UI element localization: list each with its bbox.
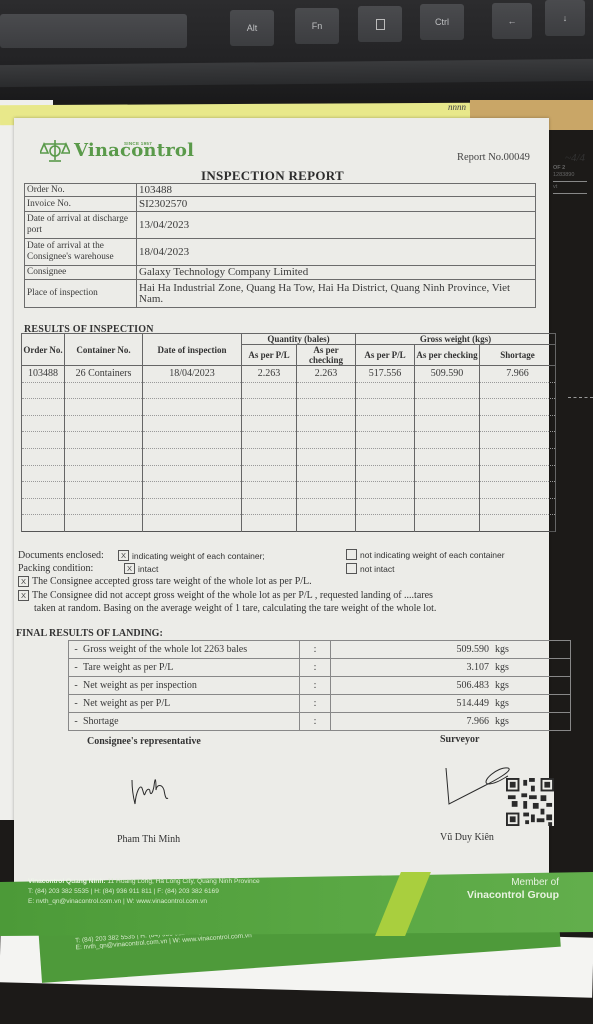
results-cell (65, 498, 143, 515)
col-shortage: Shortage (480, 345, 556, 366)
results-row (22, 415, 556, 432)
results-cell (22, 498, 65, 515)
results-cell (242, 482, 297, 499)
documents-label: Documents enclosed: (18, 550, 118, 561)
results-cell (415, 399, 480, 416)
info-row-arrival-port: Date of arrival at discharge port 13/04/… (25, 212, 536, 239)
results-cell: 2.263 (242, 366, 297, 383)
final-amount: 3.107 (331, 659, 494, 677)
side-note: OF 2 1283890 vt (553, 165, 587, 196)
results-cell (415, 382, 480, 399)
results-cell (22, 399, 65, 416)
col-container-no: Container No. (65, 334, 143, 366)
alt-key: Alt (230, 10, 274, 46)
footer-phones: T: (84) 203 382 5535 | H: (84) 936 911 8… (28, 887, 260, 897)
results-cell (143, 415, 242, 432)
results-cell (65, 515, 143, 532)
final-dash: - (69, 713, 84, 731)
results-cell (297, 399, 356, 416)
final-amount: 509.590 (331, 641, 494, 659)
results-cell: 509.590 (415, 366, 480, 383)
final-amount: 506.483 (331, 677, 494, 695)
footer-office-label: Vinacontrol Quang Ninh: (28, 878, 106, 885)
results-cell (480, 482, 556, 499)
consignee-rep-title: Consignee's representative (87, 736, 201, 747)
results-cell (415, 465, 480, 482)
info-row-place: Place of inspection Hai Ha Industrial Zo… (25, 280, 536, 308)
results-cell (143, 382, 242, 399)
results-cell (356, 382, 415, 399)
arrow-down-key: ↓ (545, 0, 585, 36)
results-cell (242, 432, 297, 449)
results-row (22, 498, 556, 515)
results-cell (480, 515, 556, 532)
results-cell (22, 432, 65, 449)
final-name: Tare weight as per P/L (83, 659, 300, 677)
results-row (22, 382, 556, 399)
results-cell (143, 399, 242, 416)
docs-indicating-checkbox[interactable]: X (118, 550, 129, 561)
results-cell (356, 448, 415, 465)
results-row (22, 432, 556, 449)
handwritten-note: ~4/4 (565, 152, 585, 164)
results-cell: 7.966 (480, 366, 556, 383)
final-dash: - (69, 695, 84, 713)
scales-icon (40, 138, 70, 164)
final-name: Net weight as per inspection (83, 677, 300, 695)
results-cell (242, 448, 297, 465)
results-cell (65, 465, 143, 482)
side-page-count: OF 2 (553, 165, 587, 172)
final-unit: kgs (493, 659, 571, 677)
results-cell (297, 432, 356, 449)
final-dash: - (69, 641, 84, 659)
results-cell (242, 399, 297, 416)
packing-intact-label: intact (138, 564, 158, 574)
results-cell (415, 432, 480, 449)
final-unit: kgs (493, 677, 571, 695)
final-unit: kgs (493, 695, 571, 713)
col-qty-pl: As per P/L (242, 345, 297, 366)
results-cell: 103488 (22, 366, 65, 383)
results-cell (356, 432, 415, 449)
results-cell (480, 382, 556, 399)
results-cell (297, 448, 356, 465)
results-cell (356, 482, 415, 499)
accepted-label: The Consignee accepted gross tare weight… (32, 576, 312, 587)
results-cell (356, 415, 415, 432)
info-row-invoice: Invoice No. SI2302570 (25, 197, 536, 212)
results-table: Order No. Container No. Date of inspecti… (21, 333, 556, 532)
col-qty-check: As per checking (297, 345, 356, 366)
accepted-checkbox[interactable]: X (18, 576, 29, 587)
side-dash (568, 397, 593, 398)
results-row: 10348826 Containers18/04/20232.2632.2635… (22, 366, 556, 383)
results-row (22, 465, 556, 482)
keyboard: Alt Fn Ctrl ← ↓ (0, 0, 593, 100)
info-row-arrival-warehouse: Date of arrival at the Consignee's wareh… (25, 239, 536, 266)
results-cell (242, 382, 297, 399)
report-number: Report No.00049 (457, 152, 530, 163)
col-gross-check: As per checking (415, 345, 480, 366)
results-row (22, 399, 556, 416)
results-cell (297, 465, 356, 482)
results-cell (65, 432, 143, 449)
footer-web: E: nvth_qn@vinacontrol.com.vn | W: www.v… (28, 897, 260, 907)
spacebar-key (0, 14, 187, 48)
final-dash: - (69, 659, 84, 677)
results-cell (480, 448, 556, 465)
side-mark: vt (553, 184, 587, 191)
results-cell (480, 498, 556, 515)
vinacontrol-logo: Vinacontrol (40, 138, 194, 164)
results-cell (356, 498, 415, 515)
results-cell (356, 399, 415, 416)
consignee-signature (128, 770, 178, 810)
results-cell (143, 465, 242, 482)
docs-not-indicating-label: not indicating weight of each container (360, 550, 505, 560)
results-cell (65, 399, 143, 416)
results-cell (415, 448, 480, 465)
inspection-report-page: Vinacontrol SINCE 1957 Report No.00049 ~… (14, 118, 549, 910)
results-cell (415, 415, 480, 432)
qr-code (506, 778, 554, 826)
results-cell (297, 415, 356, 432)
results-cell (415, 482, 480, 499)
results-cell (242, 415, 297, 432)
final-name: Net weight as per P/L (83, 695, 300, 713)
results-cell (22, 465, 65, 482)
results-cell (22, 515, 65, 532)
final-colon: : (300, 713, 331, 731)
results-cell (143, 515, 242, 532)
results-cell (297, 515, 356, 532)
not-accepted-checkbox[interactable]: X (18, 590, 29, 601)
packing-not-intact-label: not intact (360, 564, 395, 574)
results-row (22, 482, 556, 499)
menu-key (358, 6, 402, 42)
results-cell (143, 432, 242, 449)
final-amount: 7.966 (331, 713, 494, 731)
docs-not-indicating-checkbox[interactable] (346, 549, 357, 560)
final-dash: - (69, 677, 84, 695)
results-cell (356, 515, 415, 532)
footer-contact: Vinacontrol Quang Ninh: 11 Hoang Long, H… (28, 877, 260, 907)
final-colon: : (300, 695, 331, 713)
results-cell: 26 Containers (65, 366, 143, 383)
results-cell (22, 448, 65, 465)
results-cell (65, 382, 143, 399)
docs-indicating-label: indicating weight of each container; (132, 551, 265, 561)
report-title: INSPECTION REPORT (201, 168, 344, 184)
results-row (22, 448, 556, 465)
results-cell (480, 465, 556, 482)
col-order-no: Order No. (22, 334, 65, 366)
final-name: Shortage (83, 713, 300, 731)
results-cell (242, 498, 297, 515)
results-cell (143, 448, 242, 465)
results-cell (22, 415, 65, 432)
fn-key: Fn (295, 8, 339, 44)
final-result-row: -Net weight as per inspection:506.483kgs (69, 677, 571, 695)
results-cell (65, 482, 143, 499)
packing-not-intact-checkbox[interactable] (346, 563, 357, 574)
results-cell: 2.263 (297, 366, 356, 383)
results-cell (356, 465, 415, 482)
final-result-row: -Shortage:7.966kgs (69, 713, 571, 731)
results-cell (143, 482, 242, 499)
yellow-paper-handwriting: nnnn (448, 102, 466, 112)
results-cell (297, 382, 356, 399)
final-results-title: FINAL RESULTS OF LANDING: (16, 628, 163, 639)
footer-member-of: Member of (467, 877, 559, 889)
footer-address: 11 Hoang Long, Ha Long City, Quang Ninh … (106, 878, 260, 885)
results-cell (480, 432, 556, 449)
final-colon: : (300, 641, 331, 659)
not-accepted-label-2: taken at random. Basing on the average w… (34, 603, 436, 614)
final-unit: kgs (493, 641, 571, 659)
side-code: 1283890 (553, 172, 587, 179)
results-cell (415, 515, 480, 532)
final-result-row: -Net weight as per P/L:514.449kgs (69, 695, 571, 713)
results-cell (297, 498, 356, 515)
results-row (22, 515, 556, 532)
not-accepted-label: The Consignee did not accept gross weigh… (32, 590, 433, 601)
results-cell (65, 415, 143, 432)
col-gross-group: Gross weight (kgs) (356, 334, 556, 345)
final-result-row: -Gross weight of the whole lot 2263 bale… (69, 641, 571, 659)
results-cell (415, 498, 480, 515)
consignee-rep-name: Pham Thi Minh (117, 834, 180, 845)
ctrl-key: Ctrl (420, 4, 464, 40)
results-cell (143, 498, 242, 515)
col-date: Date of inspection (143, 334, 242, 366)
col-quantity-group: Quantity (bales) (242, 334, 356, 345)
final-results-table: -Gross weight of the whole lot 2263 bale… (68, 640, 571, 731)
footer-member: Member of Vinacontrol Group (467, 877, 559, 901)
final-colon: : (300, 677, 331, 695)
info-row-order: Order No. 103488 (25, 184, 536, 197)
results-cell (22, 382, 65, 399)
packing-label: Packing condition: (18, 563, 124, 574)
packing-intact-checkbox[interactable]: X (124, 563, 135, 574)
final-result-row: -Tare weight as per P/L:3.107kgs (69, 659, 571, 677)
final-name: Gross weight of the whole lot 2263 bales (83, 641, 300, 659)
final-colon: : (300, 659, 331, 677)
results-cell (480, 415, 556, 432)
info-row-consignee: Consignee Galaxy Technology Company Limi… (25, 266, 536, 280)
final-unit: kgs (493, 713, 571, 731)
results-cell (242, 465, 297, 482)
results-cell (65, 448, 143, 465)
results-cell (297, 482, 356, 499)
surveyor-title: Surveyor (440, 734, 479, 745)
footer-group: Vinacontrol Group (467, 889, 559, 901)
arrow-left-key: ← (492, 3, 532, 39)
results-cell (22, 482, 65, 499)
surveyor-name: Vũ Duy Kiên (440, 832, 494, 843)
col-gross-pl: As per P/L (356, 345, 415, 366)
shipment-info-table: Order No. 103488 Invoice No. SI2302570 D… (24, 183, 536, 308)
brand-since: SINCE 1957 (124, 141, 152, 146)
final-amount: 514.449 (331, 695, 494, 713)
menu-icon (376, 19, 385, 30)
results-cell (480, 399, 556, 416)
results-cell (242, 515, 297, 532)
keyboard-edge (0, 59, 593, 87)
results-cell: 517.556 (356, 366, 415, 383)
results-cell: 18/04/2023 (143, 366, 242, 383)
